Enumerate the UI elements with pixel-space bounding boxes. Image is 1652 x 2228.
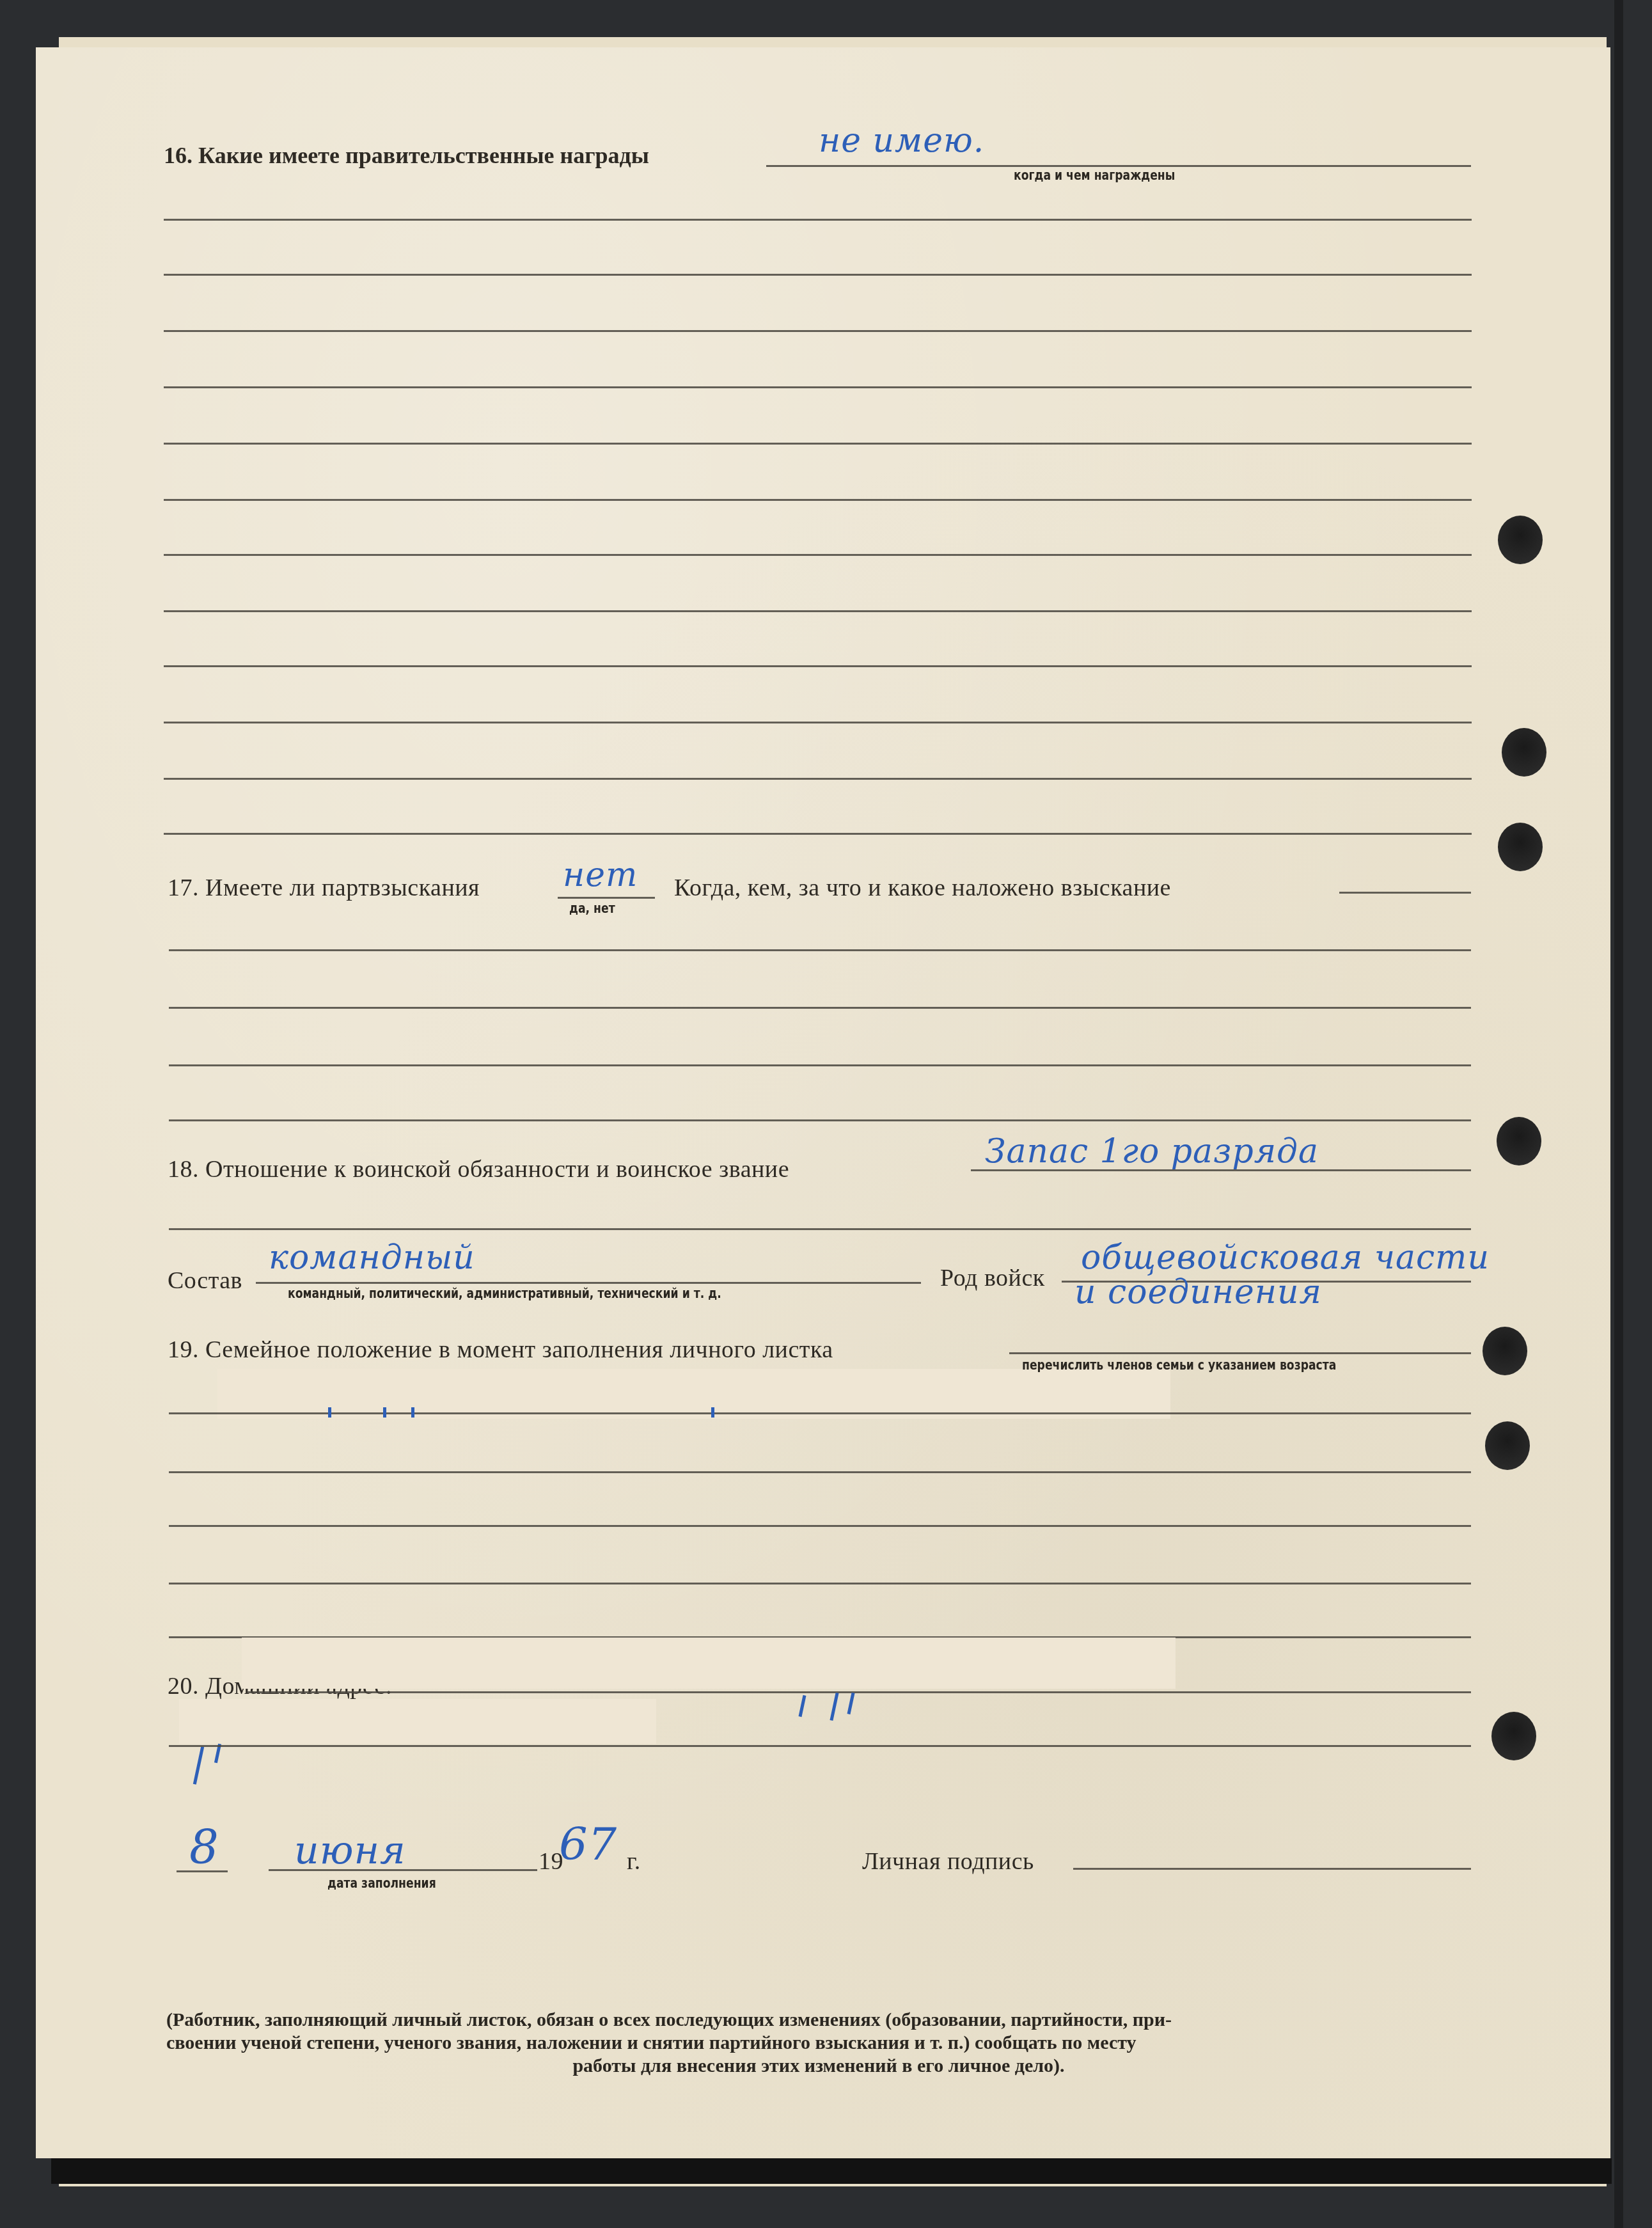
- date-month[interactable]: июня: [294, 1828, 406, 1873]
- signature-label: Личная подпись: [862, 1847, 1034, 1876]
- q18-answer[interactable]: Запас 1го разряда: [985, 1132, 1319, 1171]
- q17-answer[interactable]: нет: [563, 856, 638, 894]
- redacted-address: [242, 1638, 1176, 1689]
- q16-line: [164, 330, 1472, 332]
- composition-answer-line: [256, 1282, 921, 1284]
- q19-line: [169, 1471, 1471, 1473]
- q17-line: [169, 1119, 1471, 1121]
- footnote-line-2: своении ученой степени, ученого звания, …: [166, 2032, 1471, 2055]
- q16-line: [164, 554, 1472, 556]
- date-caption: дата заполнения: [327, 1876, 436, 1891]
- signature-line: [1073, 1868, 1471, 1870]
- q16-line: [164, 443, 1472, 445]
- branch-label: Род войск: [940, 1264, 1045, 1292]
- q20-answer-line: [247, 1691, 1471, 1693]
- q16-line: [164, 610, 1472, 612]
- footnote: (Работник, заполняющий личный листок, об…: [166, 2009, 1471, 2078]
- q16-line: [164, 722, 1472, 723]
- ink-mark: [711, 1407, 714, 1418]
- q17-line: [169, 1007, 1471, 1009]
- q16-line: [164, 219, 1472, 221]
- document-page: [36, 47, 1610, 2158]
- redacted-address: [179, 1699, 656, 1744]
- punch-hole: [1502, 728, 1546, 777]
- date-day-line: [177, 1870, 228, 1872]
- q17-detail-line: [1339, 892, 1471, 894]
- punch-hole: [1498, 823, 1543, 871]
- q17-line: [169, 1064, 1471, 1066]
- q18-line: [169, 1228, 1471, 1230]
- q18-label: 18. Отношение к воинской обязанности и в…: [168, 1155, 789, 1183]
- branch-answer-line1[interactable]: общевойсковая части: [1081, 1238, 1490, 1277]
- punch-hole: [1497, 1117, 1541, 1165]
- composition-caption: командный, политический, административны…: [288, 1286, 721, 1301]
- q20-line: [169, 1745, 1471, 1747]
- q17-label: 17. Имеете ли партвзыскания: [168, 874, 480, 902]
- q17-caption: да, нет: [569, 901, 615, 916]
- q16-line: [164, 386, 1472, 388]
- q16-answer-line: [766, 165, 1471, 167]
- q19-line: [169, 1583, 1471, 1584]
- q16-line: [164, 274, 1472, 276]
- q16-line: [164, 665, 1472, 667]
- punch-hole: [1483, 1327, 1527, 1375]
- q17-label-continued: Когда, кем, за что и какое наложено взыс…: [674, 874, 1171, 902]
- composition-answer[interactable]: командный: [269, 1238, 475, 1277]
- q19-line: [169, 1525, 1471, 1527]
- punch-hole: [1498, 516, 1543, 564]
- q16-line: [164, 778, 1472, 780]
- q16-answer[interactable]: не имею.: [819, 122, 984, 160]
- q16-line: [164, 499, 1472, 501]
- date-year[interactable]: 67: [559, 1818, 617, 1870]
- q17-line: [169, 949, 1471, 951]
- q16-label: 16. Какие имеете правительственные награ…: [164, 142, 649, 169]
- punch-hole: [1491, 1712, 1536, 1760]
- footnote-line-3: работы для внесения этих изменений в его…: [166, 2055, 1471, 2078]
- ink-mark: [383, 1407, 386, 1418]
- ink-mark: [328, 1407, 331, 1418]
- date-year-suffix: г.: [627, 1847, 641, 1876]
- redacted-area: [217, 1369, 1170, 1419]
- scanner-edge: [1614, 0, 1623, 2228]
- date-day[interactable]: 8: [189, 1821, 219, 1874]
- footnote-line-1: (Работник, заполняющий личный листок, об…: [166, 2009, 1471, 2032]
- q19-label: 19. Семейное положение в момент заполнен…: [168, 1336, 833, 1364]
- q17-answer-line: [558, 897, 655, 899]
- composition-label: Состав: [168, 1267, 242, 1295]
- q19-caption: перечислить членов семьи с указанием воз…: [1022, 1357, 1336, 1373]
- punch-hole: [1485, 1421, 1530, 1470]
- branch-answer-line2[interactable]: и соединения: [1074, 1273, 1322, 1311]
- date-month-line: [269, 1869, 537, 1871]
- q19-answer-line: [1009, 1352, 1471, 1354]
- q16-caption: когда и чем награждены: [1014, 168, 1175, 183]
- q19-line: [169, 1412, 1471, 1414]
- page-shadow: [51, 2158, 1612, 2184]
- q16-line: [164, 833, 1472, 835]
- ink-mark: [411, 1407, 414, 1418]
